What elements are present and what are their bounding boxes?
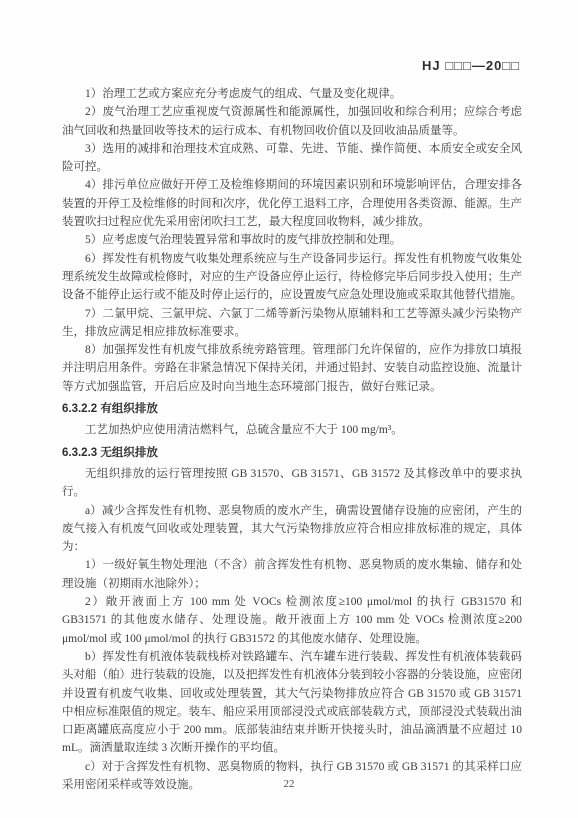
page-number: 22 [0, 778, 578, 790]
section-heading-6-3-2-2: 6.3.2.2 有组织排放 [62, 400, 522, 418]
list-item-a: a）减少含挥发性有机物、恶臭物质的废水产生，确需设置储存设施的应密闭，产生的废气… [62, 502, 522, 557]
list-item-a-1: 1）一级好氧生物处理池（不含）前含挥发性有机物、恶臭物质的废水集输、储存和处理设… [62, 556, 522, 593]
list-item-5: 5）应考虑废气治理装置异常和事故时的废气排放控制和处理。 [62, 231, 522, 249]
list-item-3: 3）选用的减排和治理技术宜成熟、可靠、先进、节能、操作简便、本质安全或安全风险可… [62, 140, 522, 177]
list-item-1: 1）治理工艺或方案应充分考虑废气的组成、气量及变化规律。 [62, 85, 522, 103]
list-item-b: b）挥发性有机液体装载栈桥对铁路罐车、汽车罐车进行装载、挥发性有机液体装载码头对… [62, 648, 522, 758]
list-item-7: 7）二氯甲烷、三氯甲烷、六氯丁二烯等新污染物从原辅料和工艺等源头减少污染物产生，… [62, 305, 522, 342]
section-heading-6-3-2-3: 6.3.2.3 无组织排放 [62, 444, 522, 462]
list-item-8: 8）加强挥发性有机废气排放系统旁路管理。管理部门允许保留的，应作为排放口填报并注… [62, 341, 522, 396]
list-item-4: 4）排污单位应做好开停工及检维修期间的环境因素识别和环境影响评估，合理安排各装置… [62, 176, 522, 231]
list-item-6: 6）挥发性有机物废气收集处理系统应与生产设备同步运行。挥发性有机物废气收集处理系… [62, 250, 522, 305]
list-item-a-2: 2）敞开液面上方 100 mm 处 VOCs 检测浓度≥100 μmol/mol… [62, 593, 522, 648]
document-body: 1）治理工艺或方案应充分考虑废气的组成、气量及变化规律。 2）废气治理工艺应重视… [62, 85, 522, 794]
paragraph-organized: 工艺加热炉应使用清洁燃料气，总硫含量应不大于 100 mg/m³。 [62, 421, 522, 439]
doc-number-header: HJ □□□—20□□ [62, 58, 520, 73]
document-page: HJ □□□—20□□ 1）治理工艺或方案应充分考虑废气的组成、气量及变化规律。… [0, 0, 578, 818]
paragraph-unorganized: 无组织排放的运行管理按照 GB 31570、GB 31571、GB 31572 … [62, 465, 522, 502]
list-item-2: 2）废气治理工艺应重视废气资源属性和能源属性，加强回收和综合利用；应综合考虑油气… [62, 103, 522, 140]
